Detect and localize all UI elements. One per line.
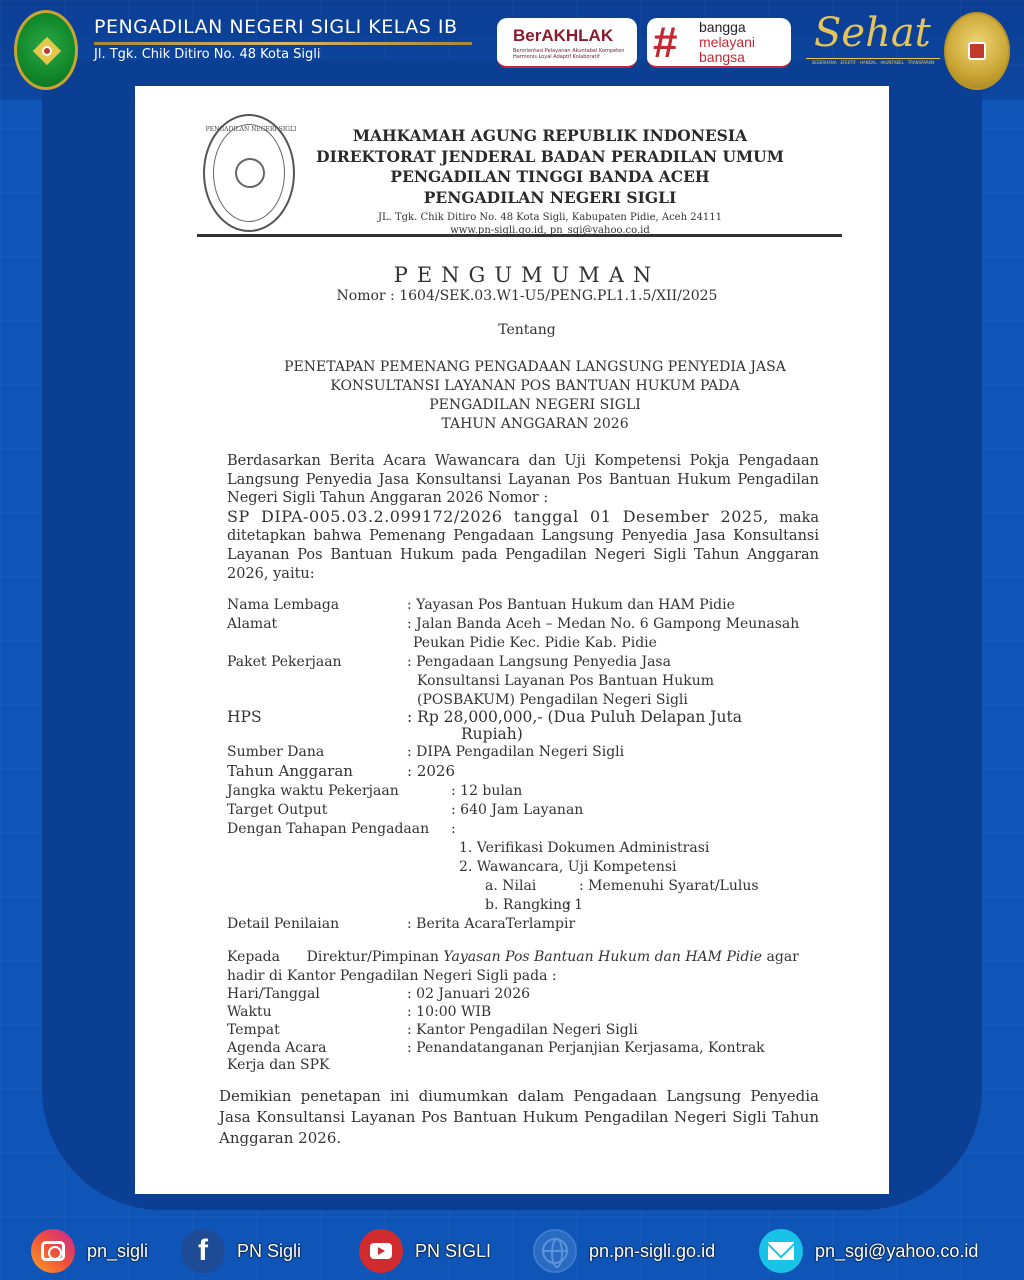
document-number: Nomor : 1604/SEK.03.W1-U5/PENG.PL1.1.5/X… xyxy=(135,288,889,304)
berakhlak-badge: BerAKHLAK Berorientasi Pelayanan Akuntab… xyxy=(497,18,637,68)
schedule-value: : 10:00 WIB xyxy=(407,1003,491,1022)
detail-value: : 640 Jam Layanan xyxy=(451,801,583,820)
berakhlak-subtitle: Berorientasi Pelayanan Akuntabel Kompete… xyxy=(513,48,633,60)
detail-value: : 12 bulan xyxy=(451,782,522,801)
detail-label: HPS xyxy=(227,708,262,727)
bangga-line1: bangga xyxy=(699,20,755,35)
detail-value: : Jalan Banda Aceh – Medan No. 6 Gampong… xyxy=(407,615,799,634)
detail-label: Sumber Dana xyxy=(227,743,324,762)
website-url: pn.pn-sigli.go.id xyxy=(589,1241,715,1262)
schedule-label: Waktu xyxy=(227,1003,272,1022)
detail-label: Tahun Anggaran xyxy=(227,762,353,781)
letterhead-line: PENGADILAN TINGGI BANDA ACEH xyxy=(295,167,805,188)
detail-label: Jangka waktu Pekerjaan xyxy=(227,782,399,801)
email-link[interactable]: pn_sgi@yahoo.co.id xyxy=(759,1227,978,1275)
schedule-value: : Penandatanganan Perjanjian Kerjasama, … xyxy=(407,1039,765,1058)
sehat-title: Sehat xyxy=(814,10,931,56)
facebook-handle: PN Sigli xyxy=(237,1241,301,1262)
instagram-icon xyxy=(31,1229,75,1273)
detail-value: : DIPA Pengadilan Negeri Sigli xyxy=(407,743,624,762)
court-name: PENGADILAN NEGERI SIGLI KELAS IB xyxy=(94,16,458,38)
tahapan-text: 2. Wawancara, Uji Kompetensi xyxy=(459,858,677,877)
intro-dipa-ref: SP DIPA-005.03.2.099172/2026 tanggal 01 … xyxy=(227,507,769,526)
detail-value: : Rp 28,000,000,- (Dua Puluh Delapan Jut… xyxy=(407,708,742,727)
supreme-court-emblem-icon xyxy=(944,12,1010,90)
hashtag-icon: # xyxy=(653,18,677,68)
detail-value: Konsultansi Layanan Pos Bantuan Hukum xyxy=(417,672,714,691)
invitation-text: hadir di Kantor Pengadilan Negeri Sigli … xyxy=(227,967,557,986)
tahapan-sub-value: : 1 xyxy=(565,896,583,915)
detail-value: Rupiah) xyxy=(461,725,523,744)
tahapan-sub-label: a. Nilai xyxy=(485,877,536,896)
seal-text: PENGADILAN NEGERI SIGLI xyxy=(205,126,297,133)
invite-org: Yayasan Pos Bantuan Hukum dan HAM Pidie xyxy=(443,949,762,965)
detail-value: : Pengadaan Langsung Penyedia Jasa xyxy=(407,653,671,672)
youtube-icon xyxy=(359,1229,403,1273)
closing-paragraph: Demikian penetapan ini diumumkan dalam P… xyxy=(219,1086,819,1149)
detail-label: Dengan Tahapan Pengadaan xyxy=(227,820,429,839)
detail-value: (POSBAKUM) Pengadilan Negeri Sigli xyxy=(417,691,688,710)
detail-label: Target Output xyxy=(227,801,327,820)
tahapan-sub-label: b. Rangking xyxy=(485,896,571,915)
detail-label: Paket Pekerjaan xyxy=(227,653,342,672)
invitation-text: Kepada Direktur/Pimpinan Yayasan Pos Ban… xyxy=(227,948,799,967)
letterhead-line: DIREKTORAT JENDERAL BADAN PERADILAN UMUM xyxy=(295,147,805,168)
invite-a: Kepada Direktur/Pimpinan xyxy=(227,949,443,965)
schedule-label: Hari/Tanggal xyxy=(227,985,320,1004)
intro-paragraph: Berdasarkan Berita Acara Wawancara dan U… xyxy=(227,452,819,583)
detail-value: : Berita AcaraTerlampir xyxy=(407,915,575,934)
detail-value: : 2026 xyxy=(407,762,455,781)
detail-label: Nama Lembaga xyxy=(227,596,339,615)
subject-line: PENETAPAN PEMENANG PENGADAAN LANGSUNG PE… xyxy=(235,358,835,377)
youtube-handle: PN SIGLI xyxy=(415,1241,491,1262)
schedule-value: : Kantor Pengadilan Negeri Sigli xyxy=(407,1021,638,1040)
subject-line: TAHUN ANGGARAN 2026 xyxy=(235,415,835,434)
tahapan-text: 1. Verifikasi Dokumen Administrasi xyxy=(459,839,709,858)
instagram-handle: pn_sigli xyxy=(87,1241,148,1262)
court-address: Jl. Tgk. Chik Ditiro No. 48 Kota Sigli xyxy=(94,47,321,62)
letterhead-address: JL. Tgk. Chik Ditiro No. 48 Kota Sigli, … xyxy=(295,211,805,224)
letterhead-line: PENGADILAN NEGERI SIGLI xyxy=(295,188,805,209)
invite-b: agar xyxy=(762,949,799,965)
detail-label: Alamat xyxy=(227,615,277,634)
tahapan-sub-value: : Memenuhi Syarat/Lulus xyxy=(579,877,759,896)
document-title: PENGUMUMAN xyxy=(135,263,889,287)
instagram-link[interactable]: pn_sigli xyxy=(31,1227,148,1275)
letterhead-line: MAHKAMAH AGUNG REPUBLIK INDONESIA xyxy=(295,126,805,147)
subject-line: KONSULTANSI LAYANAN POS BANTUAN HUKUM PA… xyxy=(235,377,835,396)
intro-part1: Berdasarkan Berita Acara Wawancara dan U… xyxy=(227,453,819,506)
agenda-continuation: Kerja dan SPK xyxy=(227,1056,329,1075)
schedule-label: Tempat xyxy=(227,1021,280,1040)
detail-label: Detail Penilaian xyxy=(227,915,339,934)
bangga-melayani-bangsa-badge: # bangga melayani bangsa xyxy=(647,18,791,68)
bangga-line3: bangsa xyxy=(699,50,755,65)
website-link[interactable]: pn.pn-sigli.go.id xyxy=(533,1227,715,1275)
subject-line: PENGADILAN NEGERI SIGLI xyxy=(235,396,835,415)
court-seal-icon: PENGADILAN NEGERI SIGLI xyxy=(203,114,295,232)
schedule-value: : 02 Januari 2026 xyxy=(407,985,530,1004)
sehat-subtitle: SEDERHANA · EFEKTIF · HANDAL · AKUNTABEL… xyxy=(806,58,940,65)
berakhlak-title: BerAKHLAK xyxy=(513,26,613,46)
divider xyxy=(94,42,472,45)
facebook-link[interactable]: f PN Sigli xyxy=(181,1227,301,1275)
globe-icon xyxy=(533,1229,577,1273)
letterhead-rule xyxy=(197,234,842,237)
tentang-label: Tentang xyxy=(135,322,889,338)
detail-value: : xyxy=(451,820,456,839)
schedule-label: Agenda Acara xyxy=(227,1039,326,1058)
document-subject: PENETAPAN PEMENANG PENGADAAN LANGSUNG PE… xyxy=(235,358,835,434)
email-address: pn_sgi@yahoo.co.id xyxy=(815,1241,978,1262)
letterhead: MAHKAMAH AGUNG REPUBLIK INDONESIA DIREKT… xyxy=(295,126,805,237)
youtube-link[interactable]: PN SIGLI xyxy=(359,1227,491,1275)
mail-icon xyxy=(759,1229,803,1273)
detail-value: : Yayasan Pos Bantuan Hukum dan HAM Pidi… xyxy=(407,596,735,615)
sehat-logo: Sehat SEDERHANA · EFEKTIF · HANDAL · AKU… xyxy=(806,14,940,70)
bangga-line2: melayani xyxy=(699,35,755,50)
announcement-document: PENGADILAN NEGERI SIGLI MAHKAMAH AGUNG R… xyxy=(135,86,889,1194)
court-logo-icon xyxy=(14,10,78,90)
bangga-text: bangga melayani bangsa xyxy=(699,20,755,65)
detail-value: Peukan Pidie Kec. Pidie Kab. Pidie xyxy=(413,634,657,653)
facebook-icon: f xyxy=(181,1229,225,1273)
